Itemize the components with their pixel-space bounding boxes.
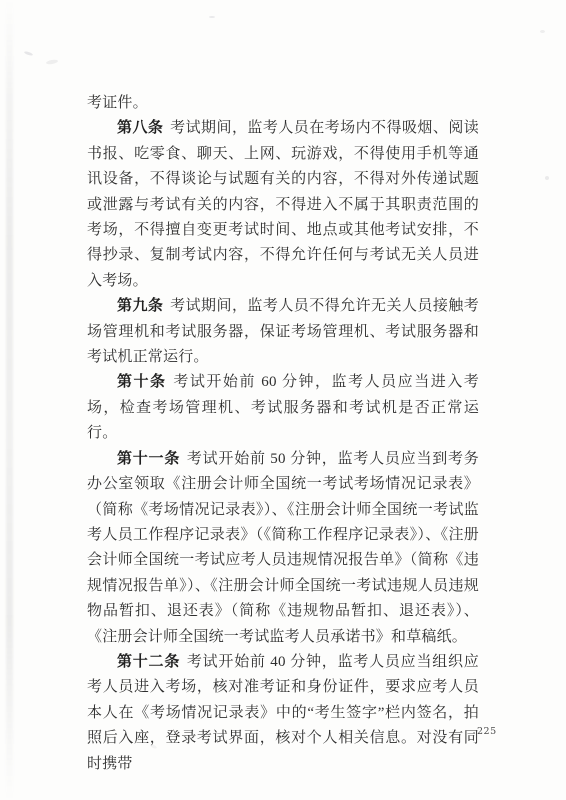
scan-speck — [46, 59, 59, 65]
scan-speck — [545, 176, 549, 180]
paragraph-article-12: 第十二条考试开始前 40 分钟，监考人员应当组织应考人员进入考场，核对准考证和身… — [87, 650, 479, 777]
article-term: 第十一条 — [117, 451, 180, 467]
paragraph-continuation: 考证件。 — [87, 91, 479, 116]
document-text: 考证件。 第八条考试期间，监考人员在考场内不得吸烟、阅读书报、吃零食、聊天、上网… — [87, 91, 479, 777]
paragraph-text: 考试开始前 40 分钟，监考人员应当组织应考人员进入考场，核对准考证和身份证件，… — [87, 654, 479, 772]
paragraph-text: 考证件。 — [87, 95, 148, 111]
paragraph-text: 考试期间，监考人员在考场内不得吸烟、阅读书报、吃零食、聊天、上网、玩游戏，不得使… — [87, 120, 479, 288]
scanned-document-page: 考证件。 第八条考试期间，监考人员在考场内不得吸烟、阅读书报、吃零食、聊天、上网… — [0, 0, 566, 800]
paragraph-article-8: 第八条考试期间，监考人员在考场内不得吸烟、阅读书报、吃零食、聊天、上网、玩游戏，… — [87, 116, 479, 294]
article-term: 第十二条 — [117, 654, 180, 670]
scan-speck — [209, 16, 215, 18]
scan-speck — [24, 51, 33, 57]
paragraph-article-11: 第十一条考试开始前 50 分钟，监考人员应当到考务办公室领取《注册会计师全国统一… — [87, 447, 479, 650]
paragraph-article-10: 第十条考试开始前 60 分钟，监考人员应当进入考场，检查考场管理机、考试服务器和… — [87, 370, 479, 446]
paragraph-article-9: 第九条考试期间，监考人员不得允许无关人员接触考场管理机和考试服务器，保证考场管理… — [87, 294, 479, 370]
article-term: 第十条 — [117, 374, 167, 390]
paragraph-text: 考试开始前 50 分钟，监考人员应当到考务办公室领取《注册会计师全国统一考试考场… — [87, 451, 479, 645]
article-term: 第八条 — [117, 120, 163, 136]
scan-speck — [540, 30, 545, 33]
page-number: 225 — [477, 726, 497, 737]
article-term: 第九条 — [117, 298, 163, 314]
scan-noise-left-edge — [6, 0, 13, 800]
